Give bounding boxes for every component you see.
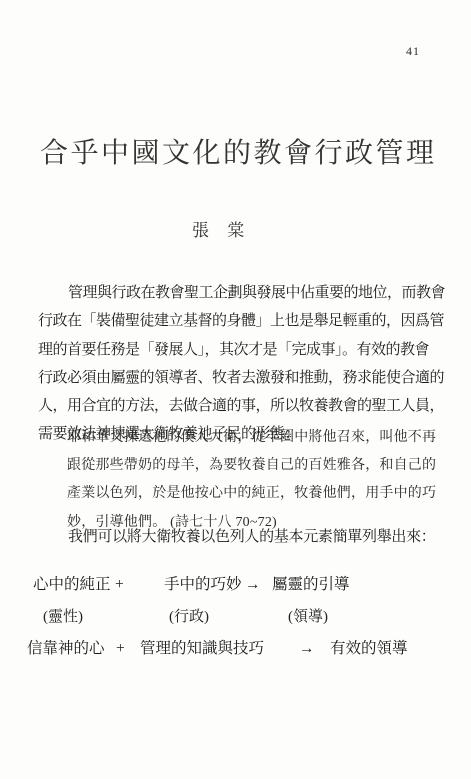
plus-sign: + — [116, 640, 125, 658]
scripture-quote: 耶和華又揀選祂的僕人大衛，從羊圈中將他召來，叫他不再 跟從那些帶奶的母羊，為要牧… — [67, 424, 447, 537]
paragraph-lead-in: 我們可以將大衛牧養以色列人的基本元素簡單列舉出來： — [38, 523, 436, 551]
formula-label-spirituality: (靈性) — [43, 608, 83, 626]
document-page: 41 合乎中國文化的教會行政管理 張 棠 管理與行政在教會聖工企劃與發展中佔重要… — [0, 0, 471, 779]
formula-term-management-knowledge: 管理的知識與技巧 — [140, 640, 264, 658]
paragraph-line: 人，用合宜的方法，去做合適的事，所以牧養教會的聖工人員， — [38, 392, 450, 420]
formula-term-trusting-heart: 信靠神的心 — [27, 640, 105, 658]
quote-line: 跟從那些帶奶的母羊，為要牧養自己的百姓雅各，和自己的 — [67, 452, 447, 480]
quote-line: 耶和華又揀選祂的僕人大衛，從羊圈中將他召來，叫他不再 — [67, 424, 447, 452]
paragraph-line: 理的首要任務是「發展人」，其次才是「完成事」。有效的教會 — [38, 336, 450, 364]
formula-term-purity: 心中的純正 — [33, 576, 111, 594]
quote-line: 產業以色列，於是他按心中的純正，牧養他們，用手中的巧 — [67, 480, 447, 508]
article-title: 合乎中國文化的教會行政管理 — [40, 131, 437, 171]
plus-sign: + — [115, 576, 124, 594]
formula-result-effective-leadership: 有效的領導 — [330, 640, 408, 658]
arrow-icon: → — [299, 640, 315, 658]
formula-term-skill: 手中的巧妙 — [164, 576, 242, 594]
paragraph-line: 行政必須由屬靈的領導者、牧者去激發和推動，務求能使合適的 — [38, 364, 450, 392]
page-number: 41 — [406, 44, 420, 59]
paragraph-line: 管理與行政在教會聖工企劃與發展中佔重要的地位，而教會 — [38, 279, 450, 307]
author-name: 張 棠 — [192, 216, 244, 241]
formula-result-guidance: 屬靈的引導 — [272, 576, 350, 594]
arrow-icon: → — [245, 576, 261, 594]
paragraph-line: 行政在「裝備聖徒建立基督的身體」上也是舉足輕重的，因爲管 — [38, 307, 450, 335]
formula-label-leadership: (領導) — [288, 608, 328, 626]
formula-label-administration: (行政) — [169, 608, 209, 626]
